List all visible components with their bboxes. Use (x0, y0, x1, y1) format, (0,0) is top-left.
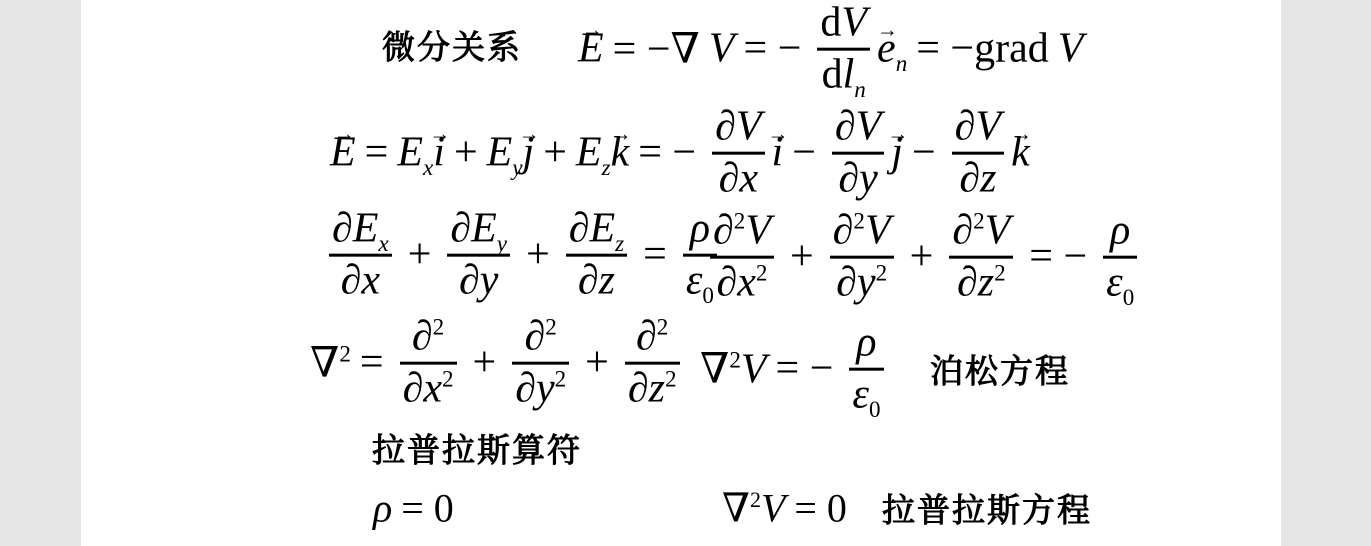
math-superscript: 2 (665, 366, 677, 392)
vector-arrow-icon: → (1011, 124, 1032, 145)
component-Ez: Ez (576, 129, 611, 177)
fraction-d2Vdx2: ∂2V ∂x2 (708, 210, 776, 305)
fraction-dVdz: ∂V ∂z (950, 106, 1006, 201)
label-text: 微分关系 (382, 22, 522, 69)
fraction-bar (566, 254, 627, 257)
label-laplace-equation: 拉普拉斯方程 (882, 485, 1092, 532)
math-subscript: z (615, 230, 624, 256)
math-token: = (360, 339, 384, 387)
fraction-d2Vdz2: ∂2V ∂z2 (947, 210, 1015, 305)
left-gutter (0, 0, 81, 546)
math-token: + (910, 233, 934, 281)
vector-arrow-icon: → (518, 124, 539, 145)
vector-E: →E (330, 129, 356, 177)
vector-j: →j (891, 129, 903, 177)
fraction-bar (952, 152, 1004, 155)
nabla-squared: ∇2 (310, 338, 351, 388)
math-superscript: 2 (734, 208, 746, 234)
label-text: 泊松方程 (930, 346, 1070, 393)
label-text: 拉普拉斯算符 (372, 425, 582, 472)
equation-poisson-compact: ∇2V = − ρ ε0 (700, 322, 891, 417)
math-subscript: n (854, 76, 866, 102)
math-token: = 0 (401, 485, 454, 532)
fraction-bar (949, 256, 1013, 259)
vector-arrow-icon: → (610, 124, 631, 145)
vector-arrow-icon: → (887, 124, 908, 145)
vector-arrow-icon: → (334, 124, 355, 145)
fraction-d2Vdy2: ∂2V ∂y2 (828, 210, 896, 305)
equation-divergence: ∂Ex ∂x + ∂Ey ∂y + ∂Ez ∂z = ρ ε0 (322, 208, 724, 303)
vector-arrow-icon: → (429, 124, 450, 145)
math-superscript: 2 (657, 314, 669, 340)
math-superscript: 2 (339, 341, 351, 367)
equation-poisson-expanded: ∂2V ∂x2 + ∂2V ∂y2 + ∂2V ∂z2 = − ρ ε0 (703, 210, 1144, 305)
math-token: + (454, 129, 478, 177)
component-Ex: Ex (397, 129, 433, 177)
math-token: = −∇ (613, 24, 700, 74)
math-token: + (408, 231, 432, 279)
math-superscript: 2 (545, 314, 557, 340)
fraction-dExdx: ∂Ex ∂x (327, 208, 394, 303)
math-token: = − (1029, 233, 1087, 281)
math-superscript: 2 (973, 208, 985, 234)
label-laplace-operator: 拉普拉斯算符 (372, 425, 582, 472)
fraction-rho-eps0: ρ ε0 (847, 322, 885, 417)
math-token: + (473, 339, 497, 387)
math-subscript: 0 (1123, 284, 1135, 310)
math-subscript: x (378, 230, 388, 256)
equation-rho-zero: ρ = 0 (373, 485, 463, 532)
math-token: − (792, 129, 816, 177)
math-subscript: x (423, 154, 433, 180)
math-superscript: 2 (876, 260, 888, 286)
fraction-dVdx: ∂V ∂x (710, 106, 766, 201)
math-subscript: 0 (869, 396, 881, 422)
vector-E: →E (578, 25, 604, 73)
equation-laplacian-def: ∇2 = ∂2 ∂x2 + ∂2 ∂y2 + ∂2 ∂z2 (310, 316, 687, 411)
math-subscript: z (602, 154, 611, 180)
vector-k: →k (1011, 129, 1030, 177)
math-token: d (822, 52, 843, 98)
math-token: = − (638, 129, 696, 177)
fraction-bar (830, 256, 894, 259)
fraction-bar (817, 48, 870, 51)
fraction-d2dy2: ∂2 ∂y2 (510, 316, 571, 411)
fraction-bar (832, 152, 884, 155)
label-differential-relation: 微分关系 (382, 22, 522, 69)
fraction-dV-dln: dV dln (815, 2, 872, 97)
vector-arrow-icon: → (877, 20, 898, 41)
equation-field-gradient: →E = −∇ V = − dV dln →en = −grad V (578, 2, 1083, 97)
math-subscript: y (497, 230, 507, 256)
fraction-bar (625, 362, 680, 365)
math-token: = (643, 231, 667, 279)
math-token: = (365, 129, 389, 177)
nabla-squared-V: ∇2V (700, 344, 767, 394)
math-superscript: 2 (433, 314, 445, 340)
nabla-squared-V: ∇2V (722, 485, 785, 532)
math-superscript: 2 (994, 260, 1006, 286)
math-token: = 0 (794, 485, 847, 532)
math-token: + (543, 129, 567, 177)
fraction-bar (849, 368, 883, 371)
equation-laplace-compact: ∇2V = 0 (722, 485, 856, 532)
right-gutter (1281, 0, 1371, 546)
math-superscript: 2 (729, 347, 741, 373)
math-token: + (790, 233, 814, 281)
math-subscript: n (896, 50, 908, 76)
math-superscript: 2 (756, 260, 768, 286)
fraction-bar (447, 254, 510, 257)
math-subscript: y (512, 154, 522, 180)
fraction-d2dz2: ∂2 ∂z2 (623, 316, 682, 411)
math-token: = − (744, 25, 802, 73)
vector-arrow-icon: → (767, 124, 788, 145)
vector-arrow-icon: → (582, 20, 603, 41)
math-superscript: 2 (442, 366, 454, 392)
fraction-bar (512, 362, 569, 365)
component-Ey: Ey (487, 129, 523, 177)
math-token: l (843, 52, 855, 98)
fraction-dEydy: ∂Ey ∂y (445, 208, 512, 303)
vector-j: →j (523, 129, 535, 177)
math-superscript: 2 (750, 487, 761, 512)
vector-i: →i (433, 129, 445, 177)
math-superscript: 2 (555, 366, 567, 392)
math-token: V (841, 0, 867, 46)
math-token: V (709, 25, 735, 73)
vector-k: →k (611, 129, 630, 177)
math-superscript: 2 (853, 208, 865, 234)
slide-canvas: 微分关系 →E = −∇ V = − dV dln →en = −grad V … (0, 0, 1371, 546)
vector-i: →i (772, 129, 784, 177)
fraction-bar (710, 256, 774, 259)
vector-e-n: →en (877, 25, 907, 73)
fraction-d2dx2: ∂2 ∂x2 (398, 316, 459, 411)
math-token: = −grad (916, 25, 1049, 73)
fraction-bar (712, 152, 764, 155)
math-token: + (585, 339, 609, 387)
label-poisson-equation: 泊松方程 (930, 346, 1070, 393)
math-token: − (912, 129, 936, 177)
math-token: = − (776, 345, 834, 393)
fraction-dEzdz: ∂Ez ∂z (564, 208, 629, 303)
fraction-rho-eps0: ρ ε0 (1101, 210, 1139, 305)
label-text: 拉普拉斯方程 (882, 485, 1092, 532)
math-token: ρ (373, 485, 392, 532)
math-token: d (820, 0, 841, 46)
equation-field-components: →E = Ex →i + Ey →j + Ez →k = − ∂V ∂x →i … (330, 106, 1030, 201)
fraction-bar (400, 362, 457, 365)
math-token: V (1058, 25, 1084, 73)
math-token: + (526, 231, 550, 279)
fraction-bar (1103, 256, 1137, 259)
fraction-dVdy: ∂V ∂y (830, 106, 886, 201)
fraction-bar (329, 254, 392, 257)
